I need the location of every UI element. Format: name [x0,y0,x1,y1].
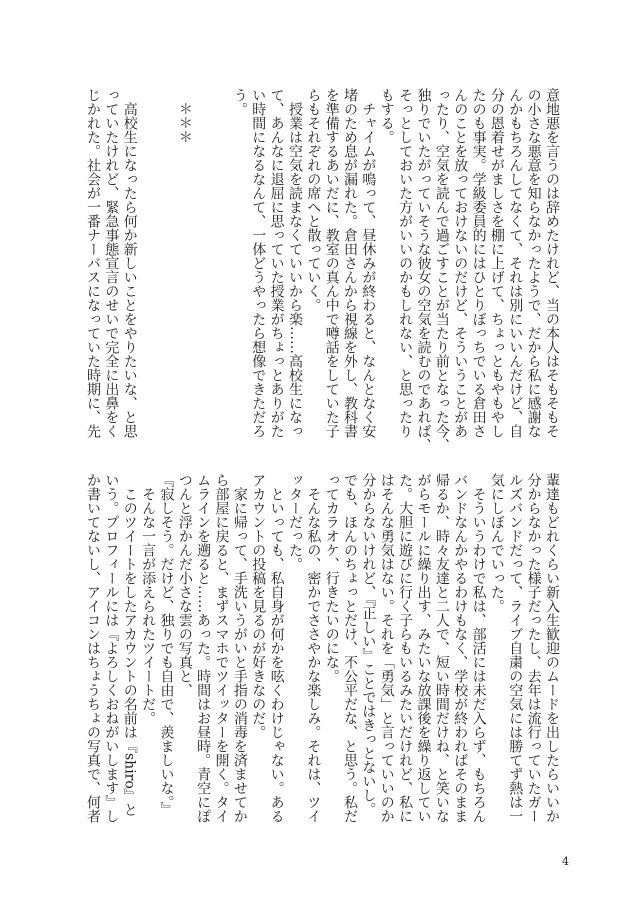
text-line: を準備するあいだに、教室の真ん中で噂話をしていた子 [322,88,340,440]
text-line: いう。プロフィールには『よろしくおねがいします』し [102,473,120,825]
text-line: 意地悪を言うのは辞めたけれど、当の本人はそもそもそ [543,88,561,440]
text-line: 堵のため息が漏れた。倉田さんから視線を外し、教科書 [341,88,359,440]
text-line: そういうわけで私は、部活には未だ入らず、もちろん [469,473,487,825]
text-line: 授業は空気を読まなくていいから楽……高校生になっ [286,88,304,440]
text-line: そんな一言が添えられたツイートだ。 [139,473,157,825]
text-line: つんと浮かんだ小さな雲の写真と、 [175,473,193,825]
text-line: ってカラオケ、行きたいのにな。 [322,473,340,825]
text-line: じかれた。社会が一番ナーバスになっていた時期に、先 [84,88,102,440]
text-line: そんな私の、密かでささやかな楽しみ。それは、ツイ [304,473,322,825]
text-line: た。大胆に遊びに行く子らもいるみたいだけれど、私に [396,473,414,825]
text-line: 輩達もどれくらい新入生歓迎のムードを出したらいいか [543,473,561,825]
text-line: もする。 [377,88,395,440]
text-line: バンドなんかやるわけもなく、学校が終わればそのまま [451,473,469,825]
lower-text-block: 輩達もどれくらい新入生歓迎のムードを出したらいいか 分からなかった様子だったし、… [84,473,561,825]
text-line: ルズバンドだって、ライブ自粛の空気には勝てず熱は一 [506,473,524,825]
text-line: アカウントの投稿を見るのが好きなのだ。 [249,473,267,825]
text-line: 独りでいたがっていそうな彼女の空気を読むのであれば、 [414,88,432,440]
text-line: ッターだった。 [286,473,304,825]
upper-text-block: 意地悪を言うのは辞めたけれど、当の本人はそもそもそ の小さな悪意を知らなかったよ… [84,88,561,440]
text-line: らもそれぞれの席へと散っていく。 [304,88,322,440]
text-line: このツイートをしたアカウントの名前は『shiro』と [120,473,138,825]
blank-line [212,88,230,440]
text-line: っていたけれど、緊急事態宣言のせいで完全に出鼻をく [102,88,120,440]
text-line: の小さな悪意を知らなかったようで、だから私に感謝な [524,88,542,440]
book-page: 意地悪を言うのは辞めたけれど、当の本人はそもそもそ の小さな悪意を知らなかったよ… [0,0,641,910]
text-line: 分からないけれど、『正しい』ことではきっとないし。 [359,473,377,825]
text-line: チャイムが鳴って、昼休みが終わると、なんとなく安 [359,88,377,440]
text-line: 家に帰って、手洗いうがいと手指の消毒を済ませてか [231,473,249,825]
text-line: 気にしぼんでいった。 [488,473,506,825]
text-line: 分からなかった様子だったし、去年は流行っていたガー [524,473,542,825]
text-line: う。 [231,88,249,440]
text-line: んのことを放っておけないのだけど、そういうことがあ [451,88,469,440]
page-number: 4 [562,855,569,869]
text-line: そっとしておいた方がいいのかもしれない、と思ったり [396,88,414,440]
text-line: んかもちろんしてなくて、それは別にいいんだけど、自 [506,88,524,440]
text-line: ムラインを遡ると……あった。時間はお昼時。青空にぽ [194,473,212,825]
text-line: でも、ほんのちょっとだけ、不公平だな、と思う。私だ [341,473,359,825]
text-line: 『寂しそう。だけど、独りでも自由で、羨ましいな。』 [157,473,175,825]
text-line: はそんな勇気はない。それを「勇気」と言っていいのか [377,473,395,825]
text-line: がらモールに繰り出す、みたいな放課後を繰り返してい [414,473,432,825]
text-line: 分の恩着せがましさを棚に上げて、ちょっともやもやし [488,88,506,440]
scene-break: ＊＊＊ [175,88,193,440]
text-line: 帰るか、時々友達と二人で、短い時間だけね、と笑いな [432,473,450,825]
text-line: か書いてないし、アイコンはちょうちょの写真で、何者 [84,473,102,825]
text-line: といっても、私自身が何かを呟くわけじゃない。ある [267,473,285,825]
text-line: ったり、空気を読んで過ごすことが当たり前となった今、 [432,88,450,440]
text-line: 高校生になったら何か新しいことをやりたいな、と思 [120,88,138,440]
blank-line [139,88,157,440]
text-line: ら部屋に戻ると、まずスマホでツイッターを開く。タイ [212,473,230,825]
text-line: て、あんなに退屈に思っていた授業がちょっとありがた [267,88,285,440]
blank-line [157,88,175,440]
text-line: たのも事実。学級委員的にはひとりぼっちでいる倉田さ [469,88,487,440]
text-line: い時間になるなんて、一体どうやったら想像できただろ [249,88,267,440]
blank-line [194,88,212,440]
